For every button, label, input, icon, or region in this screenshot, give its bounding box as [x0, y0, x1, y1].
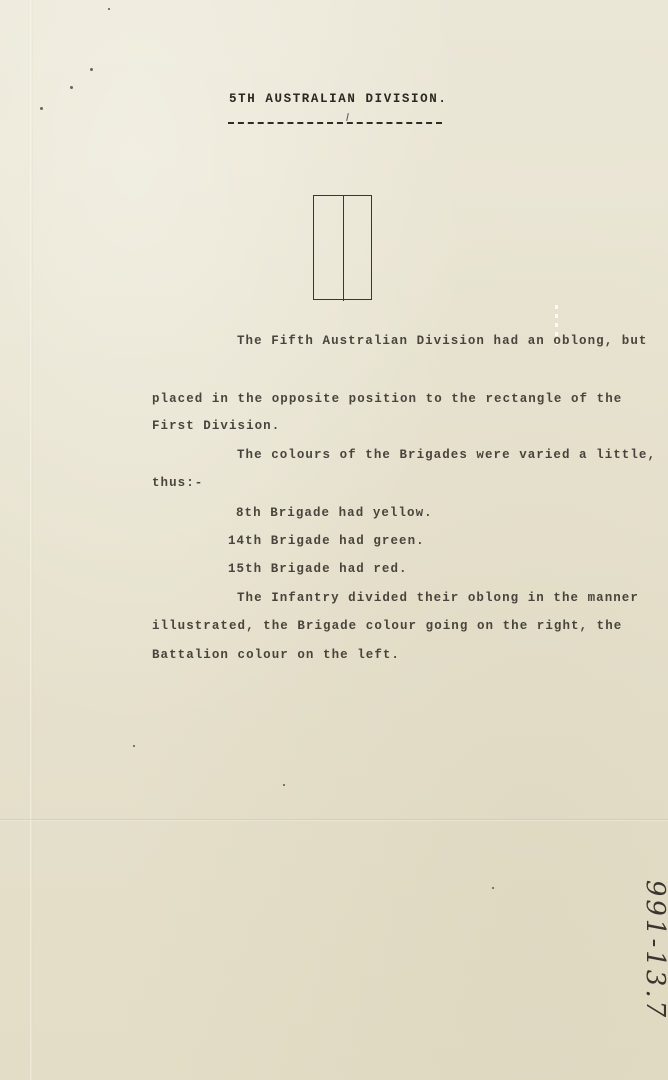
document-title: 5TH AUSTRALIAN DIVISION.: [229, 92, 447, 106]
paper-speck: [133, 745, 135, 747]
paper-speck: [283, 784, 285, 786]
paper-speck: [492, 887, 494, 889]
oblong-divider-line: [343, 195, 344, 301]
staple-holes: [38, 60, 98, 110]
paragraph-2-line-1: The colours of the Brigades were varied …: [237, 448, 656, 462]
brigade-item-15th: 15th Brigade had red.: [228, 562, 408, 576]
paragraph-1-line-1: The Fifth Australian Division had an obl…: [237, 334, 647, 348]
paper-speck: [108, 8, 110, 10]
handwritten-reference-number: 991-13.7: [640, 870, 668, 1030]
paragraph-3-line-1: The Infantry divided their oblong in the…: [237, 591, 639, 605]
paragraph-2-line-2: thus:-: [152, 476, 203, 490]
paragraph-1-line-3: First Division.: [152, 419, 280, 433]
paragraph-3-line-3: Battalion colour on the left.: [152, 648, 400, 662]
brigade-item-8th: 8th Brigade had yellow.: [236, 506, 433, 520]
brigade-item-14th: 14th Brigade had green.: [228, 534, 425, 548]
paragraph-3-line-2: illustrated, the Brigade colour going on…: [152, 619, 622, 633]
paragraph-1-line-2: placed in the opposite position to the r…: [152, 392, 622, 406]
paper-fold-horizontal: [0, 819, 668, 821]
document-page: 5TH AUSTRALIAN DIVISION. The Fifth Austr…: [0, 0, 668, 1080]
title-underline: [228, 122, 442, 124]
paper-fold-vertical: [30, 0, 33, 1080]
oblong-diagram: [313, 195, 372, 300]
pencil-mark: [346, 113, 349, 121]
